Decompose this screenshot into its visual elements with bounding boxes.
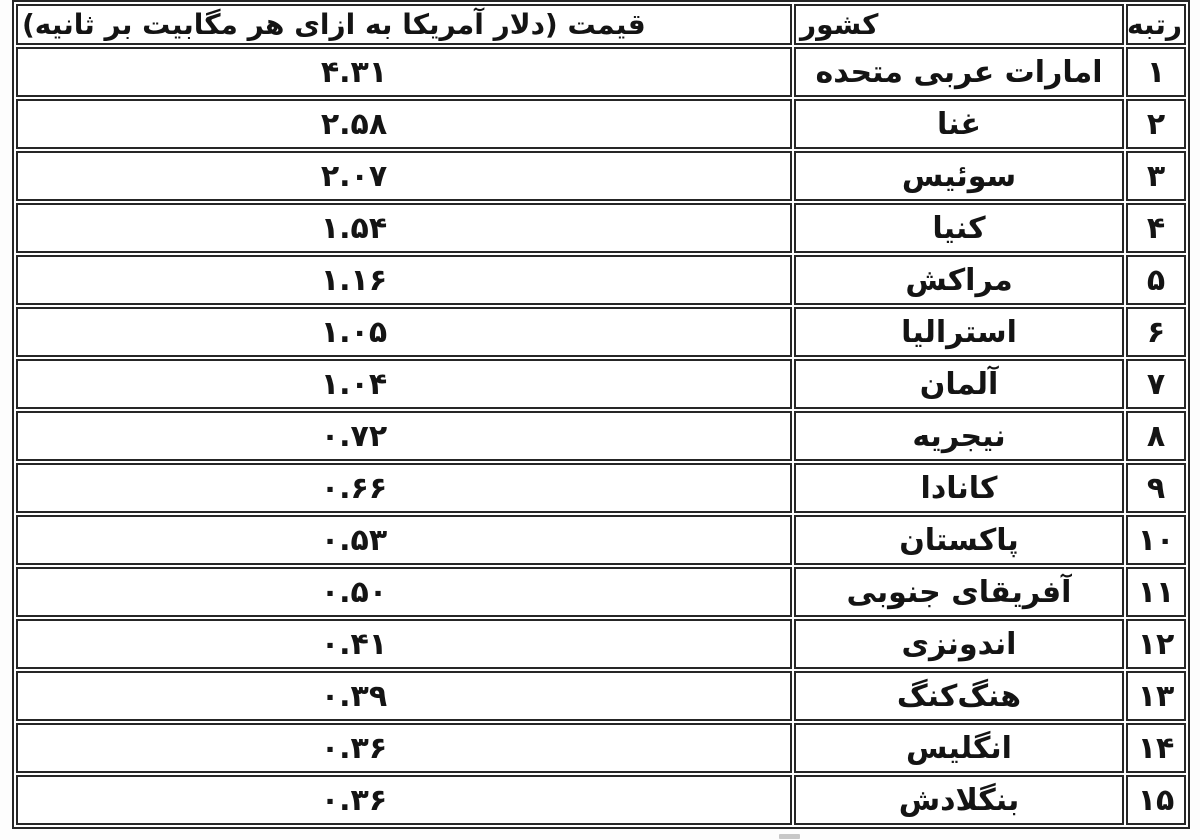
price-cell: ۰.۳۶ [16,723,792,773]
table-row: ۲ غنا ۲.۵۸ [16,99,1186,149]
rank-cell: ۳ [1126,151,1186,201]
header-row: رتبه کشور قیمت (دلار آمریکا به ازای هر م… [16,4,1186,45]
price-cell: ۰.۳۹ [16,671,792,721]
rank-cell: ۲ [1126,99,1186,149]
table-row: ۱ امارات عربی متحده ۴.۳۱ [16,47,1186,97]
rank-cell: ۷ [1126,359,1186,409]
rank-cell: ۱۵ [1126,775,1186,825]
rank-cell: ۸ [1126,411,1186,461]
price-cell: ۰.۵۰ [16,567,792,617]
table-row: ۷ آلمان ۱.۰۴ [16,359,1186,409]
table-row: ۱۳ هنگ‌کنگ ۰.۳۹ [16,671,1186,721]
table-row: ۱۰ پاکستان ۰.۵۳ [16,515,1186,565]
country-cell: کانادا [794,463,1124,513]
price-cell: ۲.۵۸ [16,99,792,149]
cropped-text-artifact [779,834,800,839]
country-cell: پاکستان [794,515,1124,565]
table-row: ۳ سوئیس ۲.۰۷ [16,151,1186,201]
country-cell: امارات عربی متحده [794,47,1124,97]
table-row: ۵ مراکش ۱.۱۶ [16,255,1186,305]
rank-cell: ۱۰ [1126,515,1186,565]
price-cell: ۱.۵۴ [16,203,792,253]
country-cell: آلمان [794,359,1124,409]
country-cell: غنا [794,99,1124,149]
price-cell: ۱.۰۴ [16,359,792,409]
country-cell: کنیا [794,203,1124,253]
price-cell: ۰.۷۲ [16,411,792,461]
price-cell: ۲.۰۷ [16,151,792,201]
rank-cell: ۱۲ [1126,619,1186,669]
rank-column-header: رتبه [1126,4,1186,45]
price-cell: ۱.۱۶ [16,255,792,305]
rank-cell: ۹ [1126,463,1186,513]
country-cell: نیجریه [794,411,1124,461]
country-cell: مراکش [794,255,1124,305]
country-cell: انگلیس [794,723,1124,773]
country-cell: آفریقای جنوبی [794,567,1124,617]
country-cell: اندونزی [794,619,1124,669]
table-row: ۱۴ انگلیس ۰.۳۶ [16,723,1186,773]
table-row: ۹ کانادا ۰.۶۶ [16,463,1186,513]
rank-cell: ۱۱ [1126,567,1186,617]
table-row: ۱۲ اندونزی ۰.۴۱ [16,619,1186,669]
country-column-header: کشور [794,4,1124,45]
rank-cell: ۱ [1126,47,1186,97]
table-row: ۶ استرالیا ۱.۰۵ [16,307,1186,357]
price-cell: ۰.۳۶ [16,775,792,825]
price-cell: ۰.۴۱ [16,619,792,669]
country-cell: سوئیس [794,151,1124,201]
table-row: ۸ نیجریه ۰.۷۲ [16,411,1186,461]
rank-cell: ۴ [1126,203,1186,253]
price-column-header: قیمت (دلار آمریکا به ازای هر مگابیت بر ث… [16,4,792,45]
rank-cell: ۶ [1126,307,1186,357]
country-cell: بنگلادش [794,775,1124,825]
country-cell: هنگ‌کنگ [794,671,1124,721]
table-row: ۱۵ بنگلادش ۰.۳۶ [16,775,1186,825]
rank-cell: ۱۴ [1126,723,1186,773]
rank-cell: ۵ [1126,255,1186,305]
country-cell: استرالیا [794,307,1124,357]
price-cell: ۰.۶۶ [16,463,792,513]
price-cell: ۱.۰۵ [16,307,792,357]
price-cell: ۴.۳۱ [16,47,792,97]
price-cell: ۰.۵۳ [16,515,792,565]
table-row: ۴ کنیا ۱.۵۴ [16,203,1186,253]
rank-cell: ۱۳ [1126,671,1186,721]
internet-price-table: رتبه کشور قیمت (دلار آمریکا به ازای هر م… [12,0,1190,829]
table-row: ۱۱ آفریقای جنوبی ۰.۵۰ [16,567,1186,617]
